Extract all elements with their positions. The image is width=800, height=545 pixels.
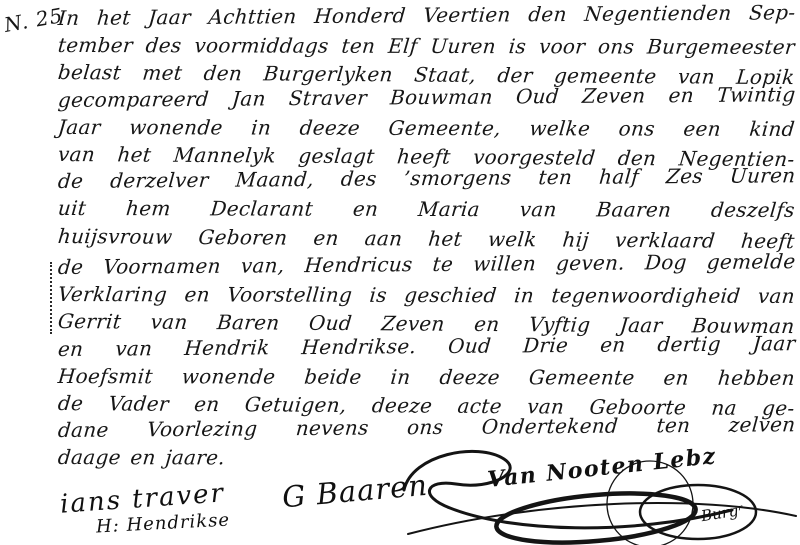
act-line: uit hem Declarant en Maria van Baaren de… — [57, 195, 796, 224]
document-page: N. 25 In het Jaar Achttien Honderd Veert… — [0, 0, 800, 545]
act-line: tember des voormiddags ten Elf Uuren is … — [57, 32, 796, 61]
act-line: Hoefsmit wonende beide in deeze Gemeente… — [57, 363, 796, 392]
act-line: en van Hendrik Hendrikse. Oud Drie en de… — [57, 330, 797, 363]
act-line: Verklaring en Voorstelling is geschied i… — [57, 281, 796, 310]
signature-flourish-icon — [398, 438, 798, 545]
act-number: N. 25 — [2, 3, 65, 37]
act-line: In het Jaar Achttien Honderd Veertien de… — [57, 0, 797, 32]
act-line: Jaar wonende in deeze Gemeente, welke on… — [57, 114, 796, 143]
act-paragraph-1: In het Jaar Achttien Honderd Veertien de… — [58, 5, 795, 250]
margin-insertion-mark — [50, 262, 52, 334]
act-line: de Voornamen van, Hendricus te willen ge… — [57, 248, 797, 281]
act-line: gecompareerd Jan Straver Bouwman Oud Zev… — [57, 81, 797, 114]
act-line: de derzelver Maand, des ’smorgens ten ha… — [57, 162, 797, 195]
